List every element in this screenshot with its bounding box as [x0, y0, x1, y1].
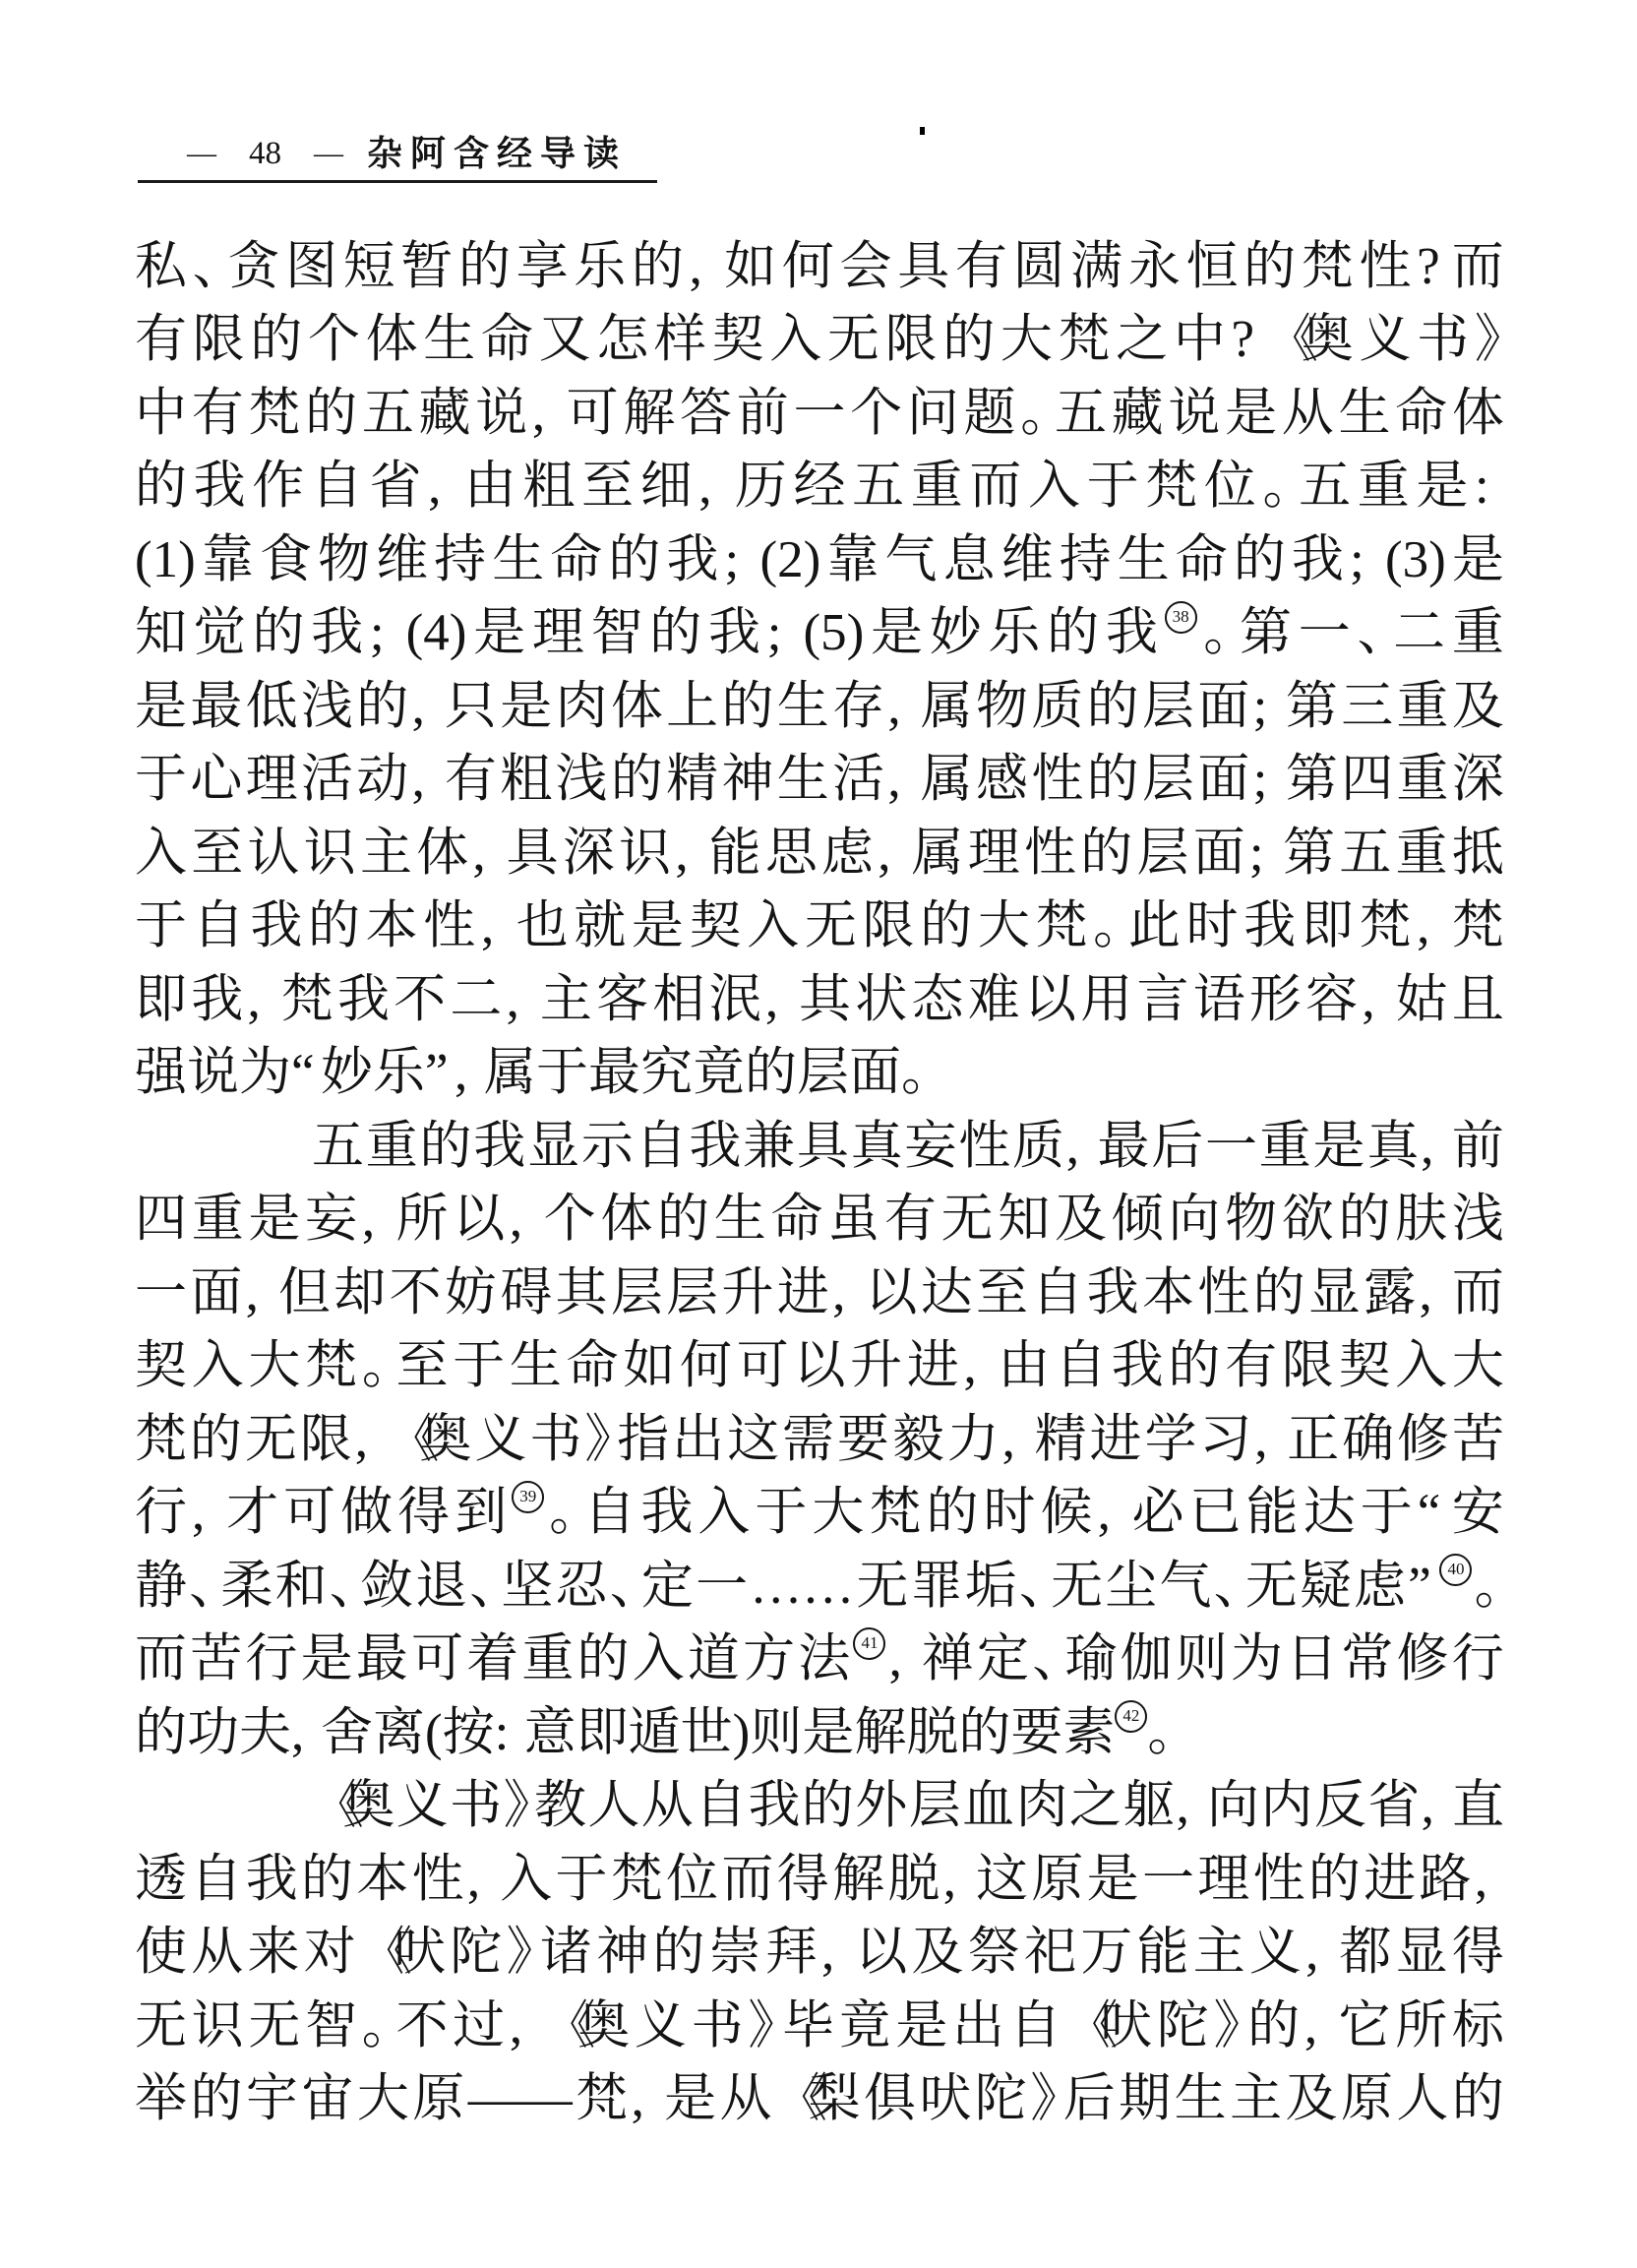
glyph: 路 — [1420, 1854, 1472, 1906]
glyph: 一 — [1205, 1121, 1257, 1173]
glyph: 何 — [782, 241, 834, 293]
glyph: 进 — [907, 1340, 959, 1392]
text-line: 举的宇宙大原——梵,是从《梨俱吠陀》后期生主及原人的 — [135, 2063, 1504, 2137]
glyph: 静 — [135, 1561, 187, 1613]
glyph: 主 — [360, 828, 412, 880]
glyph: 重 — [1259, 1121, 1311, 1173]
glyph: 习 — [1199, 1414, 1251, 1466]
glyph: 虑 — [1354, 1561, 1406, 1613]
glyph: 素 — [1062, 1707, 1115, 1759]
glyph: 我 — [749, 1780, 801, 1832]
glyph: , — [889, 1633, 919, 1686]
glyph: 于 — [556, 1854, 608, 1906]
glyph: 显 — [1396, 1927, 1448, 1979]
glyph: 是 — [895, 2000, 947, 2053]
glyph: 出 — [672, 1414, 724, 1466]
glyph: 肤 — [1395, 1194, 1447, 1246]
glyph: 入 — [135, 828, 187, 880]
glyph: 瑜 — [1064, 1633, 1117, 1686]
glyph: —— — [468, 2073, 573, 2125]
glyph: 自 — [695, 1780, 747, 1832]
glyph: 、 — [1214, 1561, 1243, 1613]
glyph: : — [495, 1707, 524, 1759]
glyph: , — [192, 1487, 221, 1539]
glyph: 得 — [1452, 1927, 1504, 1979]
glyph: 伽 — [1121, 1633, 1173, 1686]
glyph: 妨 — [445, 1267, 497, 1319]
glyph: 食 — [260, 534, 312, 586]
glyph: 重 — [366, 1121, 418, 1173]
glyph: 私 — [135, 241, 187, 293]
glyph: 性 — [423, 900, 475, 952]
glyph: 无 — [827, 314, 879, 366]
glyph: 体 — [600, 1194, 652, 1246]
glyph: 自 — [311, 460, 363, 513]
glyph: 、 — [469, 1561, 499, 1613]
glyph: 苦 — [190, 1633, 242, 1686]
glyph: 入 — [697, 1487, 750, 1539]
glyph: 的 — [308, 900, 360, 952]
text-line: 透自我的本性,入于梵位而得解脱,这原是一理性的进路, — [135, 1843, 1504, 1917]
glyph: 升 — [850, 1340, 902, 1392]
glyph: 客 — [596, 974, 648, 1026]
footnote-marker: 42 — [1115, 1700, 1147, 1733]
glyph: 梵 — [1302, 241, 1354, 293]
glyph: 从 — [641, 1780, 694, 1832]
glyph: 重 — [1397, 681, 1449, 733]
glyph: , — [765, 974, 795, 1026]
glyph: 属 — [912, 828, 964, 880]
glyph: 。 — [1020, 388, 1050, 440]
glyph: , — [878, 828, 907, 880]
glyph: 低 — [246, 681, 298, 733]
text-line: 于自我的本性,也就是契入无限的大梵。此时我即梵,梵 — [135, 890, 1504, 964]
glyph: 的 — [458, 241, 511, 293]
glyph: 拜 — [765, 1927, 818, 1979]
glyph: 维 — [376, 534, 428, 586]
glyph: 二 — [1393, 607, 1445, 659]
glyph: 我 — [1106, 607, 1158, 659]
glyph: , — [472, 828, 502, 880]
glyph: 浅 — [556, 754, 608, 806]
glyph: 细 — [640, 460, 693, 513]
text-line: 《奥义书》教人从自我的外层血肉之躯,向内反省,直 — [135, 1770, 1504, 1844]
glyph: 无 — [245, 1414, 297, 1466]
glyph: 中 — [135, 388, 187, 440]
glyph: 毕 — [782, 2000, 834, 2053]
glyph: 的 — [420, 1121, 472, 1173]
glyph: 祀 — [1024, 1927, 1076, 1979]
glyph: …… — [750, 1561, 854, 1613]
glyph: 语 — [1193, 974, 1245, 1026]
glyph: 崇 — [709, 1927, 761, 1979]
glyph: 敛 — [361, 1561, 413, 1613]
glyph: 的 — [649, 607, 701, 659]
glyph: 的 — [1243, 241, 1296, 293]
glyph: 不 — [394, 974, 446, 1026]
glyph: 至 — [976, 1267, 1028, 1319]
glyph: 五 — [1055, 388, 1107, 440]
text-line: 梵的无限,《奥义书》指出这需要毅力,精进学习,正确修苦 — [135, 1403, 1504, 1477]
glyph: 契 — [1338, 1340, 1390, 1392]
glyph: 是 — [871, 607, 923, 659]
glyph: 限 — [863, 900, 915, 952]
glyph: 即 — [1302, 900, 1354, 952]
glyph: 竟 — [693, 1047, 745, 1099]
glyph: 是 — [500, 681, 552, 733]
glyph: 重 — [911, 460, 963, 513]
glyph: 即 — [135, 974, 187, 1026]
glyph: 无 — [135, 2000, 187, 2053]
glyph: 修 — [1397, 1633, 1449, 1686]
glyph: 竟 — [839, 2000, 891, 2053]
glyph: 至 — [396, 1340, 449, 1392]
glyph: 入 — [747, 900, 799, 952]
text-line: 中有梵的五藏说,可解答前一个问题。五藏说是从生命体 — [135, 377, 1504, 451]
glyph: 妄 — [305, 1194, 357, 1246]
glyph: 梵 — [1036, 900, 1088, 952]
glyph: 进 — [1364, 1854, 1416, 1906]
glyph: , — [412, 681, 442, 733]
glyph: 契 — [712, 314, 764, 366]
glyph: 自 — [1009, 2000, 1061, 2053]
ink-dot-artifact — [920, 127, 925, 135]
glyph: 重 — [1396, 828, 1448, 880]
glyph: 暂 — [400, 241, 453, 293]
glyph: 的 — [1080, 828, 1132, 880]
glyph: 需 — [782, 1414, 834, 1466]
glyph: 层 — [797, 1047, 849, 1099]
footnote-marker: 38 — [1165, 601, 1197, 634]
glyph: 尘 — [1105, 1561, 1157, 1613]
glyph: 难 — [968, 974, 1020, 1026]
running-head: — 48 — 杂阿含经导读 — [138, 136, 657, 183]
glyph: 重 — [1452, 607, 1504, 659]
glyph: 、 — [189, 1561, 218, 1613]
glyph: 有 — [884, 1194, 937, 1246]
glyph: 我 — [1087, 1267, 1139, 1319]
glyph: 精 — [1035, 1414, 1087, 1466]
glyph: , — [698, 460, 728, 513]
glyph: ) — [733, 1707, 751, 1759]
glyph: 只 — [445, 681, 497, 733]
glyph: 退 — [415, 1561, 467, 1613]
glyph: 重 — [1397, 754, 1449, 806]
glyph: (5) — [803, 607, 864, 659]
glyph: , — [887, 681, 917, 733]
glyph: 最 — [190, 681, 242, 733]
glyph: 。 — [1147, 1707, 1177, 1759]
glyph: 主 — [1193, 1927, 1245, 1979]
glyph: 命 — [550, 534, 602, 586]
glyph: 圆 — [1013, 241, 1065, 293]
glyph: : — [1475, 460, 1504, 513]
text-line: 四重是妄,所以,个体的生命虽有无知及倾向物欲的肤浅 — [135, 1184, 1504, 1257]
glyph: 定 — [977, 1633, 1029, 1686]
glyph: 的 — [608, 534, 660, 586]
glyph: 虑 — [821, 828, 874, 880]
glyph: 的 — [802, 1780, 854, 1832]
glyph: 疑 — [1300, 1561, 1352, 1613]
glyph: 题 — [964, 388, 1016, 440]
glyph: 真 — [851, 1121, 903, 1173]
glyph: 无 — [248, 2000, 300, 2053]
glyph: 宙 — [301, 2073, 353, 2125]
glyph: 存 — [832, 681, 884, 733]
glyph: 不 — [390, 1267, 442, 1319]
glyph: 用 — [1080, 974, 1132, 1026]
glyph: 有 — [135, 314, 187, 366]
glyph: 大 — [1452, 1340, 1504, 1392]
glyph: 真 — [1366, 1121, 1419, 1173]
glyph: 是 — [1416, 460, 1468, 513]
glyph: ; — [1253, 754, 1283, 806]
glyph: 第 — [1286, 754, 1338, 806]
glyph: 、 — [1032, 1633, 1061, 1686]
glyph: ; — [370, 607, 399, 659]
glyph: 短 — [343, 241, 395, 293]
glyph: 内 — [1260, 1780, 1312, 1832]
glyph: 性 — [1253, 1854, 1305, 1906]
glyph: 露 — [1364, 1267, 1416, 1319]
glyph: 定 — [641, 1561, 694, 1613]
text-line: 有限的个体生命又怎样契入无限的大梵之中?《奥义书》 — [135, 304, 1504, 378]
glyph: 要 — [837, 1414, 889, 1466]
glyph: 前 — [1452, 1121, 1504, 1173]
glyph: 出 — [952, 2000, 1004, 2053]
glyph: 四 — [1341, 754, 1393, 806]
glyph: 我 — [708, 607, 760, 659]
glyph: 层 — [1142, 681, 1194, 733]
glyph: , — [467, 1854, 497, 1906]
glyph: 性 — [1197, 1267, 1249, 1319]
glyph: 说 — [187, 1047, 239, 1099]
glyph: 限 — [300, 1414, 352, 1466]
glyph: 万 — [1080, 1927, 1132, 1979]
glyph: 而 — [1452, 241, 1504, 293]
glyph: 陀 — [450, 1927, 502, 1979]
glyph: 息 — [943, 534, 996, 586]
glyph: 限 — [885, 314, 938, 366]
glyph: 面 — [1193, 828, 1245, 880]
glyph: 以 — [453, 1194, 505, 1246]
glyph: 层 — [909, 1780, 961, 1832]
glyph: 则 — [750, 1707, 802, 1759]
glyph: 质 — [1031, 681, 1083, 733]
glyph: , — [964, 1340, 994, 1392]
page-number: 48 — [249, 138, 281, 170]
glyph: 达 — [1304, 1487, 1356, 1539]
glyph: 体 — [611, 681, 663, 733]
glyph: , — [291, 1707, 321, 1759]
glyph: 奥 — [342, 1780, 394, 1832]
glyph: 垢 — [965, 1561, 1017, 1613]
glyph: , — [412, 754, 442, 806]
glyph: 属 — [921, 754, 973, 806]
glyph: , — [246, 1267, 275, 1319]
glyph: 的 — [657, 1194, 709, 1246]
glyph: 一 — [696, 1561, 748, 1613]
glyph: 知 — [998, 1194, 1050, 1246]
glyph: 前 — [737, 388, 789, 440]
glyph: ( — [425, 1707, 443, 1759]
glyph: 自 — [636, 1121, 688, 1173]
glyph: 强 — [135, 1047, 187, 1099]
glyph: 其 — [556, 1267, 608, 1319]
glyph: 向 — [1207, 1780, 1259, 1832]
text-line: 五重的我显示自我兼具真妄性质,最后一重是真,前 — [135, 1110, 1504, 1184]
glyph: 、 — [1357, 607, 1386, 659]
glyph: 性 — [1024, 828, 1076, 880]
glyph: 《 — [312, 1780, 341, 1832]
glyph: 问 — [907, 388, 959, 440]
glyph: 必 — [1132, 1487, 1184, 1539]
glyph: 相 — [652, 974, 704, 1026]
glyph: 重 — [1358, 460, 1410, 513]
glyph: 属 — [921, 681, 973, 733]
glyph: 第 — [1286, 681, 1338, 733]
glyph: 契 — [690, 900, 742, 952]
glyph: 怎 — [596, 314, 648, 366]
glyph: 识 — [304, 828, 356, 880]
glyph: 》 — [507, 1927, 536, 1979]
glyph: 乐 — [988, 607, 1040, 659]
glyph: 以 — [865, 1267, 917, 1319]
glyph: 粗 — [500, 754, 552, 806]
glyph: 入 — [1395, 1340, 1447, 1392]
glyph: , — [943, 1854, 973, 1906]
glyph: 的 — [652, 1927, 704, 1979]
glyph: 省 — [1367, 1780, 1420, 1832]
glyph: 面 — [190, 1267, 242, 1319]
glyph: 智 — [305, 2000, 357, 2053]
glyph: 的 — [745, 1047, 797, 1099]
glyph: 确 — [1342, 1414, 1394, 1466]
glyph: 陀 — [975, 2073, 1027, 2125]
text-line: 知觉的我;(4)是理智的我;(5)是妙乐的我38。第一、二重 — [135, 597, 1504, 671]
text-line: 于心理活动,有粗浅的精神生活,属感性的层面;第四重深 — [135, 744, 1504, 818]
glyph: 时 — [1185, 900, 1238, 952]
glyph: 解 — [854, 1707, 906, 1759]
glyph: 的 — [1308, 1854, 1361, 1906]
glyph: 面 — [849, 1047, 901, 1099]
glyph: 生 — [777, 754, 829, 806]
glyph: 态 — [912, 974, 964, 1026]
glyph: 状 — [855, 974, 907, 1026]
glyph: ; — [1249, 828, 1279, 880]
glyph: 的 — [250, 314, 302, 366]
glyph: 命 — [770, 1194, 822, 1246]
glyph: 方 — [743, 1633, 795, 1686]
glyph: 奥 — [577, 2000, 630, 2053]
glyph: 维 — [1001, 534, 1054, 586]
glyph: 奥 — [1302, 314, 1354, 366]
glyph: 及 — [912, 1927, 964, 1979]
glyph: 入 — [769, 314, 821, 366]
glyph: 是 — [802, 1707, 854, 1759]
header-dash-right: — — [314, 139, 343, 168]
glyph: 梵 — [135, 1414, 187, 1466]
glyph: 生 — [1175, 2073, 1227, 2125]
glyph: 虽 — [827, 1194, 879, 1246]
glyph: 的 — [942, 314, 995, 366]
glyph: 《 — [1065, 2000, 1095, 2053]
glyph: 是 — [1087, 1854, 1139, 1906]
glyph: 却 — [333, 1267, 386, 1319]
glyph: 一 — [793, 388, 845, 440]
glyph: 《 — [544, 2000, 574, 2053]
glyph: 五 — [852, 460, 904, 513]
glyph: 认 — [247, 828, 299, 880]
glyph: 的 — [135, 1707, 187, 1759]
glyph: 义 — [474, 1414, 526, 1466]
glyph: 且 — [1452, 974, 1504, 1026]
glyph: 物 — [976, 681, 1028, 733]
glyph: 我 — [311, 607, 363, 659]
glyph: 由 — [998, 1340, 1050, 1392]
glyph: 。 — [1203, 607, 1233, 659]
glyph: 外 — [855, 1780, 907, 1832]
glyph: 显 — [527, 1121, 579, 1173]
glyph: 满 — [1070, 241, 1122, 293]
glyph: 其 — [799, 974, 851, 1026]
glyph: 兼 — [743, 1121, 795, 1173]
glyph: 最 — [1097, 1121, 1149, 1173]
glyph: 指 — [617, 1414, 669, 1466]
glyph: , — [362, 1194, 392, 1246]
glyph: 世 — [681, 1707, 733, 1759]
glyph: 于 — [755, 1487, 807, 1539]
glyph: 精 — [666, 754, 718, 806]
glyph: 、 — [330, 1561, 359, 1613]
glyph: 历 — [735, 460, 787, 513]
glyph: 后 — [1151, 1121, 1203, 1173]
glyph: 大 — [812, 1487, 864, 1539]
glyph: 的 — [926, 1487, 978, 1539]
glyph: 碍 — [500, 1267, 552, 1319]
glyph: 有 — [192, 388, 244, 440]
glyph: 有 — [955, 241, 1007, 293]
glyph: 乐 — [373, 1047, 425, 1099]
glyph: , — [690, 241, 719, 293]
glyph: 安 — [1452, 1487, 1504, 1539]
glyph: , — [1254, 1414, 1284, 1466]
glyph: 的 — [611, 754, 663, 806]
text-column: 私、贪图短暂的享乐的,如何会具有圆满永恒的梵性?而有限的个体生命又怎样契入无限的… — [135, 230, 1504, 2136]
glyph: 俱 — [864, 2073, 916, 2125]
glyph: 而 — [969, 460, 1021, 513]
glyph: , — [428, 460, 457, 513]
glyph: 靠 — [826, 534, 879, 586]
glyph: 抵 — [1452, 828, 1504, 880]
glyph: 修 — [1397, 1414, 1449, 1466]
glyph: 可 — [567, 388, 619, 440]
glyph: , — [675, 828, 704, 880]
glyph: 性 — [958, 1121, 1010, 1173]
glyph: 才 — [226, 1487, 278, 1539]
glyph: 这 — [727, 1414, 779, 1466]
glyph: 原 — [412, 2073, 464, 2125]
glyph: , — [1362, 974, 1391, 1026]
glyph: 无 — [856, 1561, 908, 1613]
glyph: 乐 — [574, 241, 626, 293]
glyph: 透 — [135, 1854, 187, 1906]
glyph: 活 — [301, 754, 353, 806]
glyph: 为 — [239, 1047, 291, 1099]
glyph: 《 — [1266, 314, 1296, 366]
glyph: 陀 — [1157, 2000, 1209, 2053]
glyph: 。 — [549, 1487, 578, 1539]
